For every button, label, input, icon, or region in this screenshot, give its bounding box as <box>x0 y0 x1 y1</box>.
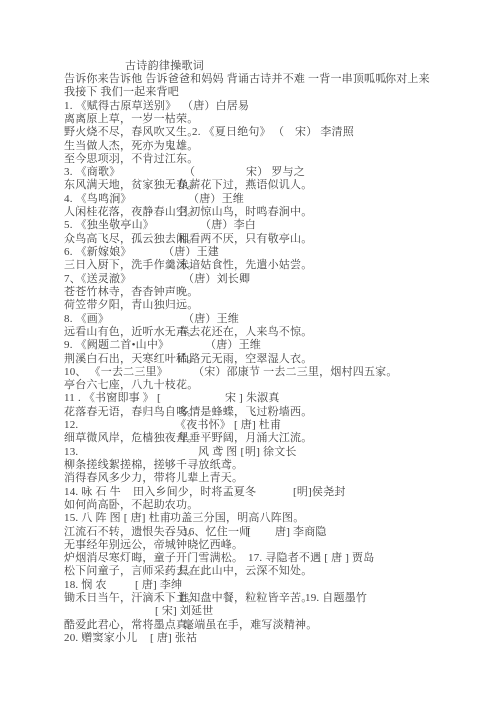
text-segment: 9. 《阙题二首•山中》 <box>64 339 169 352</box>
text-segment: 野火烧不尽，春风吹又生。 <box>64 126 198 139</box>
text-segment: 11 . 《书窗即事 》 [ <box>64 392 161 405</box>
document-title: 古诗韵律操歌词 <box>125 57 204 73</box>
text-segment: 柳条搓线絮搓棉，搓够千寻放纸鸢。 <box>64 459 243 472</box>
text-segment: 酷爱此君心，常将墨点真。 <box>64 619 198 632</box>
text-segment: （唐）王建 <box>163 246 219 259</box>
text-segment: 生当做人杰，死亦为鬼雄。 <box>64 140 198 153</box>
text-segment: （唐）王维 <box>188 193 244 206</box>
text-segment: 消得春风多少力，带将儿辈上青天。 <box>64 472 243 485</box>
text-segment: 14. 咏 石 牛 <box>64 486 121 499</box>
text-segment: 宋） 罗与之 <box>246 166 305 179</box>
text-segment: 3. 《商歌》 <box>64 166 120 179</box>
text-segment: 江流石不转，遗恨失吞吴。 <box>64 526 198 539</box>
text-segment: 如何尚高卧，不起助农功。 <box>64 499 198 512</box>
text-segment: 告诉你来告诉他 告诉爸爸和妈妈 背诵古诗并不难 一背一串顶呱呱 <box>64 73 386 86</box>
text-segment: 春去花还在，人来鸟不惊。 <box>178 326 312 339</box>
text-segment: 苍苍竹林寺，杳杳钟声晚。 <box>64 286 198 299</box>
text-segment: 只在此山中，云深不知处。 <box>178 565 312 578</box>
text-segment: 负薪花下过，燕语似讥人。 <box>178 179 312 192</box>
text-segment: 10、 《一去二三里》 <box>64 366 168 379</box>
text-segment: 我接下 我们一起来背吧 <box>64 86 179 99</box>
text-segment: 山路元无雨，空翠湿人衣。 <box>178 353 312 366</box>
text-segment: 未谙姑食性，先遣小姑尝。 <box>178 259 312 272</box>
document-page: 古诗韵律操歌词 告诉你来告诉他 告诉爸爸和妈妈 背诵古诗并不难 一背一串顶呱呱你… <box>0 0 500 708</box>
text-segment: [ <box>247 526 251 539</box>
text-segment: [ 宋] 刘延世 <box>155 605 213 618</box>
text-segment: （唐）白居易 <box>182 100 249 113</box>
text-segment: 2. 《夏日绝句》 <box>192 126 271 139</box>
text-segment: 8. 《画》 <box>64 313 109 326</box>
text-segment: 宋 ] 朱淑真 <box>225 392 280 405</box>
text-segment: 13. <box>64 446 78 459</box>
text-segment: 6. 《新嫁娘》 <box>64 246 132 259</box>
text-segment: 17. 寻隐者不遇 [ 唐 ] 贾岛 <box>248 552 374 565</box>
text-segment: 田入乡间少，时将孟夏冬 <box>133 486 256 499</box>
text-segment: 亭台六七座，八九十枝花。 <box>64 379 198 392</box>
text-segment: 1. 《赋得古原草送别》 <box>64 100 176 113</box>
text-segment: 风 鸢 图 [ <box>198 446 244 459</box>
text-segment: [明]侯尧封 <box>293 486 346 499</box>
text-segment: 至今思项羽，不肯过江东。 <box>64 153 198 166</box>
text-segment: 12. <box>64 419 78 432</box>
text-segment: 16、忆住一师 <box>183 526 250 539</box>
text-segment: （唐）王维 <box>205 339 261 352</box>
text-segment: 离离原上草，一岁一枯荣。 <box>64 113 198 126</box>
text-segment: 荷笠带夕阳，青山独归远。 <box>64 299 198 312</box>
text-segment: 多情是蜂蝶，飞过粉墙西。 <box>178 406 312 419</box>
text-segment: （唐）刘长卿 <box>183 273 250 286</box>
text-segment: 你对上来 <box>385 73 430 86</box>
text-segment: 《夜书怀》 [ 唐] 杜甫 <box>175 419 281 432</box>
text-segment: 7、《送灵澈》 <box>64 273 131 286</box>
text-segment: 宋） 李清照 <box>295 126 354 139</box>
text-segment: （ <box>184 166 195 179</box>
text-segment: 炉烟消尽寒灯晦，童子开门雪满松。 <box>64 552 243 565</box>
text-segment: 20. 赠窦家小儿 <box>64 632 137 645</box>
text-segment: 毫端虽在手，难写淡精神。 <box>183 619 317 632</box>
text-segment: 无事经年别远公，帝城钟晓忆西峰。 <box>64 539 243 552</box>
text-segment: [ 唐] 李绅 <box>135 579 182 592</box>
text-segment: 唐] 李商隐 <box>275 526 327 539</box>
text-segment: 星垂平野阔，月涌大江流。 <box>178 432 312 445</box>
text-segment: （唐）王维 <box>183 313 239 326</box>
text-segment: （ <box>273 126 284 139</box>
text-segment: 15. 八 阵 图 [ 唐] 杜甫 <box>64 512 171 525</box>
text-segment: 功盖三分国，明高八阵图。 <box>170 512 304 525</box>
text-segment: 相看两不厌，只有敬亭山。 <box>178 233 312 246</box>
text-segment: 19. 自题墨竹 <box>305 592 367 605</box>
text-segment: （宋）邵康节 一去二三里，烟村四五家。 <box>193 366 398 379</box>
text-segment: 谁知盘中餐，粒粒皆辛苦。 <box>178 592 312 605</box>
text-segment: （唐）李白 <box>200 219 256 232</box>
text-segment: 18. 悯 农 <box>64 579 107 592</box>
text-segment: [ 唐] 张祜 <box>150 632 197 645</box>
text-segment: 月初惊山鸟，时鸣春涧中。 <box>178 206 312 219</box>
text-segment: 明] 徐文长 <box>245 446 297 459</box>
text-segment: 5. 《独坐敬亭山》 <box>64 219 154 232</box>
text-segment: 4. 《鸟鸣涧》 <box>64 193 132 206</box>
